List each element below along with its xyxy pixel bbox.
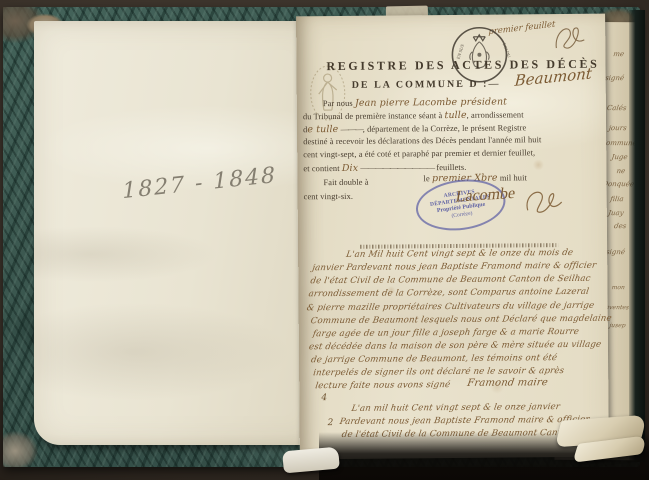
act1-mayor-signature: Framond maire <box>466 377 548 389</box>
printed-text: du Tribunal de première instance séant à <box>303 111 442 121</box>
act1-line: janvier Pardevant nous jean Baptiste Fra… <box>312 261 597 273</box>
edge-text-fragment: Calés <box>606 104 627 112</box>
edge-text-fragment: mon <box>611 284 625 291</box>
edge-text-fragment: me <box>613 50 625 58</box>
edge-text-fragment: filia <box>610 195 625 203</box>
act1-line: de jarrige Commune de Beaumont, les témo… <box>310 353 557 365</box>
cover-spine-edge-right <box>629 10 645 462</box>
fiscal-stamp-icon: EN SUS LOI DU <box>448 23 511 86</box>
preamble-line-5: cent vingt-sept, a été coté et paraphé p… <box>303 148 535 159</box>
act1-line: L'an Mil huit Cent vingt sept & le onze … <box>345 248 573 260</box>
preamble-line-2: du Tribunal de première instance séant à… <box>303 109 524 122</box>
act1-line: de l'état Civil de la Commune de Beaumon… <box>310 274 592 286</box>
printed-text: et contient <box>303 164 339 173</box>
archives-stamp-line3: (Corrèze) <box>451 211 473 221</box>
preamble-line-1: Par nous Jean pierre Lacombe président <box>323 97 507 110</box>
handwritten-insert: e tulle <box>307 124 338 135</box>
act1-line: lecture faite nous avons signé <box>315 380 451 391</box>
edge-text-fragment: Juay <box>608 209 625 217</box>
register-title-page: premier feuillet REGISTRE DES ACTES DES … <box>296 14 609 460</box>
printed-text: le <box>423 174 429 183</box>
photo-background: me signé Calés jours Commune Juge ne Don… <box>0 0 649 480</box>
act1-line: farge agée de un jour fille a joseph far… <box>312 327 580 339</box>
president-signature: Lacombe <box>454 185 516 207</box>
act1-line: est décédée dans la maison de son père &… <box>308 340 602 353</box>
edge-text-fragment: aventes <box>605 304 629 311</box>
act2-line: Pardevant nous jean Baptiste Framond mai… <box>339 415 590 427</box>
act2-line: L'an mil huit Cent vingt sept & le onze … <box>351 402 561 414</box>
act1-line: Commune de Beaumont lesquels nous ont Dé… <box>310 314 612 327</box>
printed-text: mil huit <box>500 173 527 182</box>
signature-paraph-flourish <box>524 186 564 218</box>
edge-text-fragment: signé <box>605 248 625 256</box>
margin-mark-2: 2 <box>328 418 334 428</box>
edge-text-fragment: ne <box>616 167 626 175</box>
pencil-inscription: 1827 - 1848 <box>122 163 277 204</box>
paraph-flourish-top <box>552 22 588 56</box>
printed-text: , département de la Corrèze, le présent … <box>363 123 527 133</box>
act1-line: & pierre mazille propriétaires Cultivate… <box>306 301 595 314</box>
preamble-line-3: de tulle ———, département de la Corrèze,… <box>303 122 526 135</box>
act1-line: arrondissement de la Corrèze, sont Compa… <box>308 287 590 299</box>
printed-text: Par nous <box>323 99 353 108</box>
handwritten-insert: Jean pierre Lacombe président <box>355 97 507 109</box>
fiscal-stamp-arc-left: EN SUS <box>456 43 466 60</box>
preamble-line-4: destiné à recevoir les déclarations des … <box>303 135 541 146</box>
edge-text-fragment: Juge <box>611 153 628 161</box>
margin-mark-4: 4 <box>321 393 327 403</box>
left-blank-page: 1827 - 1848 <box>34 21 322 445</box>
handwritten-insert: tulle <box>444 110 466 121</box>
preamble-line-8: cent vingt-six. <box>304 192 353 201</box>
edge-text-fragment: signé <box>605 74 625 82</box>
printed-text: , arrondissement <box>467 110 524 119</box>
fait-double-line: Fait double à <box>323 178 368 187</box>
edge-text-fragment: des <box>614 222 627 230</box>
printed-text: feuillets. <box>436 163 466 172</box>
edge-text-fragment: jours <box>608 124 627 132</box>
edge-text-fragment: jusep <box>609 322 626 329</box>
handwritten-insert: Dix <box>342 163 358 174</box>
